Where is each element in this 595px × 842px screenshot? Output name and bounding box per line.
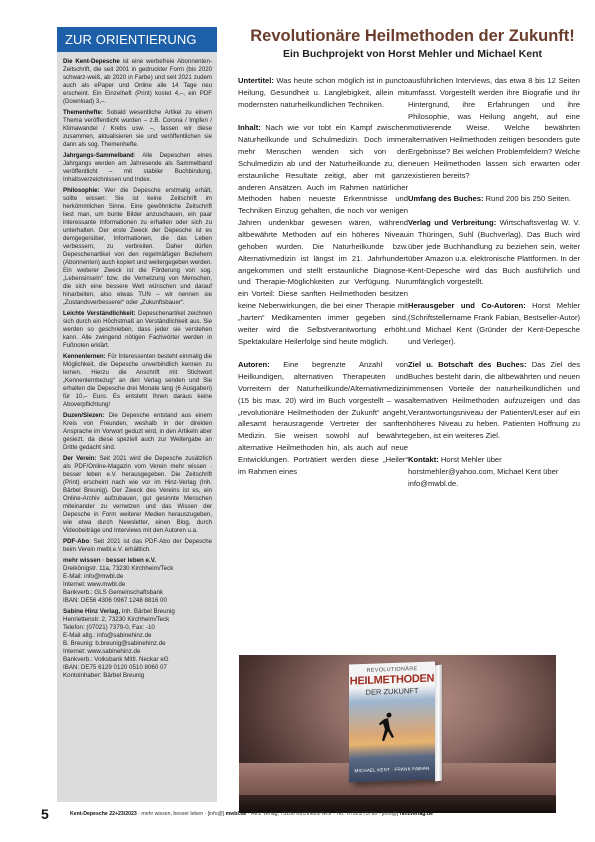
footer-link-hinzverlag[interactable]: hinzverlag.de bbox=[400, 811, 433, 817]
article-subtitle: Ein Buchprojekt von Horst Mehler und Mic… bbox=[240, 48, 585, 60]
block-text: Wer die Depesche erstmalig erhält, sollt… bbox=[63, 187, 212, 306]
block-title: Kennenlernen: bbox=[63, 353, 106, 360]
block-title: Themenhefte: bbox=[63, 109, 103, 116]
block-text: Für Interessenten besteht einmalig die M… bbox=[63, 353, 212, 408]
publisher-email-breunig[interactable]: B. Breunig: b.breunig@sabinehinz.de bbox=[63, 640, 212, 648]
paragraph-text: Das Ziel des Buches besteht darin, die a… bbox=[408, 360, 580, 440]
sidebar-block-verstaendlichkeit: Leichte Verständlichkeit: Depeschenartik… bbox=[63, 310, 212, 350]
sidebar-block-sammelband: Jahrgangs-Sammelband: Alle Depeschen ein… bbox=[63, 152, 212, 184]
paragraph-label: Umfang des Buches: bbox=[408, 194, 484, 203]
book-title-line3: DER ZUKUNFT bbox=[349, 685, 435, 697]
paragraph-untertitel: Untertitel: Was heute schon möglich ist … bbox=[238, 75, 408, 111]
paragraph-label: Inhalt: bbox=[238, 123, 261, 132]
block-title: Leichte Verständlichkeit: bbox=[63, 310, 136, 317]
sidebar-body: Die Kent-Depesche ist eine werbefreie Ab… bbox=[57, 52, 217, 680]
block-title: Duzen/Siezen: bbox=[63, 412, 104, 419]
article-column-right: ausführlichen Interviews, das etwa 8 bis… bbox=[408, 75, 580, 501]
publisher-address: Sabine Hinz Verlag, Inh. Bärbel Breunig … bbox=[63, 608, 212, 680]
association-email[interactable]: E-Mail: info@mwbl.de bbox=[63, 573, 212, 581]
association-bank: Bankverb.: GLS Gemeinschaftsbank bbox=[63, 589, 212, 597]
publisher-website[interactable]: Internet: www.sabinehinz.de bbox=[63, 648, 212, 656]
book-cover: REVOLUTIONÄRE HEILMETHODEN DER ZUKUNFT M… bbox=[349, 661, 435, 782]
publisher-name: Sabine Hinz Verlag, bbox=[63, 608, 120, 615]
block-text: ist eine werbefreie Abonnenten-Zeitschri… bbox=[63, 58, 212, 105]
publisher-street: Henriettenstr. 2, 73230 Kirchheim/Teck bbox=[63, 616, 212, 624]
paragraph-ziel: Ziel u. Botschaft des Buches: Das Ziel d… bbox=[408, 359, 580, 442]
sidebar-block-duzen-siezen: Duzen/Siezen: Die Depesche entstand aus … bbox=[63, 412, 212, 452]
paragraph-label: Ziel u. Botschaft des Buches: bbox=[408, 360, 527, 369]
paragraph-interviews: ausführlichen Interviews, das etwa 8 bis… bbox=[408, 75, 580, 182]
publisher-iban: IBAN: DE75 6129 0120 0510 8060 07 bbox=[63, 664, 212, 672]
block-text: Seit 2021 wird die Depesche zusätzlich a… bbox=[63, 455, 212, 534]
paragraph-verlag: Verlag und Verbreitung: Wirtschaftsverla… bbox=[408, 217, 580, 288]
paragraph-label: Herausgeber und Co-Autoren: bbox=[408, 301, 526, 310]
article-title: Revolutionäre Heilmethoden der Zukunft! bbox=[240, 27, 585, 46]
paragraph-text: ausführlichen Interviews, das etwa 8 bis… bbox=[408, 76, 580, 180]
block-title: Jahrgangs-Sammelband bbox=[63, 152, 134, 159]
sidebar-block-themenhefte: Themenhefte: Sobald wesentliche Artikel … bbox=[63, 109, 212, 149]
sidebar-block-pdf-abo: PDF-Abo: Seit 2021 ist das PDF-Abo der D… bbox=[63, 538, 212, 554]
sidebar-header: ZUR ORIENTIERUNG bbox=[57, 27, 217, 52]
sidebar-block-kennenlernen: Kennenlernen: Für Interessenten besteht … bbox=[63, 353, 212, 409]
association-website[interactable]: Internet: www.mwbl.de bbox=[63, 581, 212, 589]
runner-silhouette-icon bbox=[379, 711, 397, 752]
association-street: Dreikönigstr. 11a, 73230 Kirchheim/Teck bbox=[63, 565, 212, 573]
book-cover-image: REVOLUTIONÄRE HEILMETHODEN DER ZUKUNFT M… bbox=[239, 655, 556, 813]
book-authors: MICHAEL KENT · FRANK FABIAN bbox=[349, 765, 435, 773]
page-footer: Kent-Depesche 22+23/2023 · mehr wissen, … bbox=[70, 811, 433, 817]
sidebar-block-verein: Der Verein: Seit 2021 wird die Depesche … bbox=[63, 455, 212, 535]
publisher-email-general[interactable]: E-Mail allg.: info@sabinehinz.de bbox=[63, 632, 212, 640]
publisher-phone: Telefon: (07021) 7379-0, Fax: -10 bbox=[63, 624, 212, 632]
publisher-account-holder: Kontoinhaber: Bärbel Breunig bbox=[63, 672, 212, 680]
book-spine bbox=[435, 665, 442, 782]
paragraph-label: Kontakt: bbox=[408, 455, 439, 464]
footer-text: · Hinz Verlag, 73230 Kirchheim/Teck · Te… bbox=[246, 811, 399, 817]
paragraph-umfang: Umfang des Buches: Rund 200 bis 250 Seit… bbox=[408, 193, 580, 205]
sidebar-block-philosophie: Philosophie: Wer die Depesche erstmalig … bbox=[63, 187, 212, 307]
paragraph-text: Wirtschaftsverlag W. V. in Thüringen, Su… bbox=[408, 218, 580, 286]
page-number: 5 bbox=[41, 806, 49, 822]
block-title: Die Kent-Depesche bbox=[63, 58, 120, 65]
paragraph-autoren: Autoren: Eine begrenzte Anzahl von Heilk… bbox=[238, 359, 408, 477]
publisher-bank: Bankverb.: Volksbank Mittl. Neckar eG bbox=[63, 656, 212, 664]
block-title: Der Verein: bbox=[63, 455, 96, 462]
paragraph-herausgeber: Herausgeber und Co-Autoren: Horst Mehler… bbox=[408, 300, 580, 347]
association-name: mehr wissen · besser leben e.V. bbox=[63, 557, 156, 564]
footer-link-mwbl[interactable]: mwbl.de bbox=[226, 811, 247, 817]
orientation-sidebar: ZUR ORIENTIERUNG Die Kent-Depesche ist e… bbox=[57, 27, 217, 802]
paragraph-label: Autoren: bbox=[238, 360, 270, 369]
publisher-owner: Inh. Bärbel Breunig bbox=[120, 608, 175, 615]
footer-issue: Kent-Depesche 22+23/2023 bbox=[70, 811, 137, 817]
sidebar-block-intro: Die Kent-Depesche ist eine werbefreie Ab… bbox=[63, 58, 212, 106]
paragraph-label: Verlag und Verbreitung: bbox=[408, 218, 496, 227]
paragraph-text: Eine begrenzte Anzahl von Heilkundigen, … bbox=[238, 360, 408, 476]
article-column-left: Untertitel: Was heute schon möglich ist … bbox=[238, 75, 408, 490]
block-title: Philosophie: bbox=[63, 187, 100, 194]
paragraph-inhalt: Inhalt: Nach wie vor tobt ein Kampf zwis… bbox=[238, 122, 408, 347]
association-address: mehr wissen · besser leben e.V. Dreiköni… bbox=[63, 557, 212, 605]
paragraph-label: Untertitel: bbox=[238, 76, 274, 85]
association-iban: IBAN: DE56 4306 0967 1248 8816 00 bbox=[63, 597, 212, 605]
paragraph-text: Rund 200 bis 250 Seiten. bbox=[484, 194, 571, 203]
paragraph-kontakt: Kontakt: Horst Mehler über horstmehler@y… bbox=[408, 454, 580, 490]
paragraph-text: Nach wie vor tobt ein Kampf zwischen Nat… bbox=[238, 123, 408, 345]
block-title: PDF-Abo bbox=[63, 538, 89, 545]
footer-text: · mehr wissen, besser leben · [info@] bbox=[137, 811, 226, 817]
